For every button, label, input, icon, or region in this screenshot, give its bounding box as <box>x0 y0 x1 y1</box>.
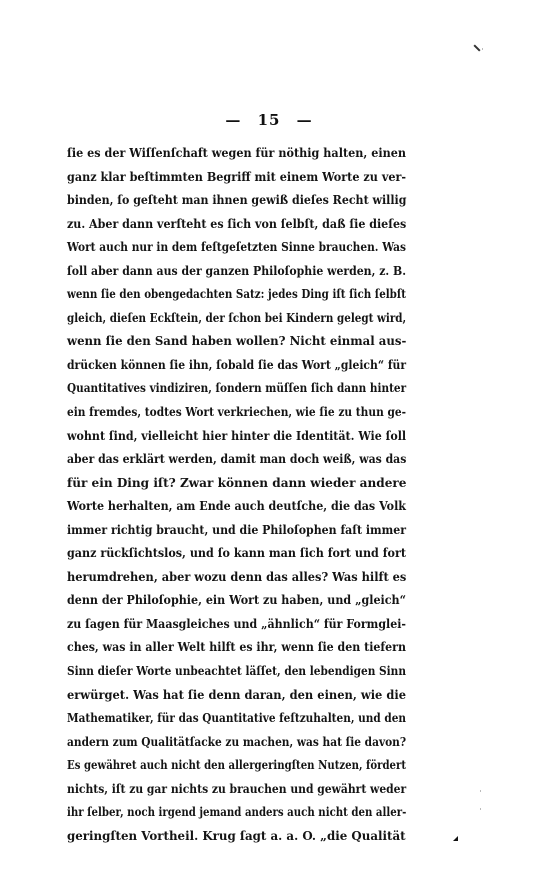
scan-mark <box>473 44 480 51</box>
text-line: ſoll aber dann aus der ganzen Philoſophi… <box>67 260 406 284</box>
text-line: erwürget. Was hat ſie denn daran, den ei… <box>67 684 406 708</box>
text-line: Worte herhalten, am Ende auch deutſche, … <box>67 495 406 519</box>
text-line: Wort auch nur in dem feſtgeſetzten Sinne… <box>67 236 406 260</box>
scan-speck <box>480 790 481 792</box>
scan-speck <box>482 48 483 50</box>
page-number: 15 <box>258 111 281 129</box>
text-line: wohnt ſind, vielleicht hier hinter die I… <box>67 425 406 449</box>
text-line: gleich, dieſen Eckſtein, der ſchon bei K… <box>67 307 406 331</box>
text-line: ches, was in aller Welt hilft es ihr, we… <box>67 636 406 660</box>
page-number-header: — 15 — <box>0 111 538 129</box>
text-line: binden, ſo geſteht man ihnen gewiß dieſe… <box>67 189 406 213</box>
text-line: wenn ſie den Sand haben wollen? Nicht ei… <box>67 330 406 354</box>
text-line: zu. Aber dann verſteht es ſich von ſelbſ… <box>67 213 406 237</box>
text-line: denn der Philoſophie, ein Wort zu haben,… <box>67 589 406 613</box>
text-line: Quantitatives vindiziren, ſondern müſſen… <box>67 377 406 401</box>
text-line: andern zum Qualitätſacke zu machen, was … <box>67 731 406 755</box>
text-line: ganz rückſichtslos, und ſo kann man ſich… <box>67 542 406 566</box>
text-line: Mathematiker, für das Quantitative feſtz… <box>67 707 406 731</box>
scan-speck <box>480 808 481 810</box>
text-line: drücken können ſie ihn, ſobald ſie das W… <box>67 354 406 378</box>
dash-left: — <box>225 111 241 129</box>
body-text: ſie es der Wiſſenſchaft wegen für nöthig… <box>67 142 406 848</box>
text-line: geringſten Vortheil. Krug ſagt a. a. O. … <box>67 825 406 849</box>
text-line: immer richtig braucht, und die Philoſoph… <box>67 519 406 543</box>
text-line: ganz klar beſtimmten Begriff mit einem W… <box>67 166 406 190</box>
scan-mark <box>453 836 458 841</box>
text-line: ſie es der Wiſſenſchaft wegen für nöthig… <box>67 142 406 166</box>
text-line: für ein Ding iſt? Zwar können dann wiede… <box>67 472 406 496</box>
text-line: ein fremdes, todtes Wort verkriechen, wi… <box>67 401 406 425</box>
text-line: herumdrehen, aber wozu denn das alles? W… <box>67 566 406 590</box>
book-page: — 15 — ſie es der Wiſſenſchaft wegen für… <box>0 0 538 892</box>
text-line: wenn ſie den obengedachten Satz: jedes D… <box>67 283 406 307</box>
text-line: nichts, iſt zu gar nichts zu brauchen un… <box>67 778 406 802</box>
text-line: ihr ſelber, noch irgend jemand anders au… <box>67 801 406 825</box>
text-line: zu ſagen für Maasgleiches und „ähnlich“ … <box>67 613 406 637</box>
text-line: Sinn dieſer Worte unbeachtet läſſet, den… <box>67 660 406 684</box>
text-line: Es gewähret auch nicht den allergeringſt… <box>67 754 406 778</box>
dash-right: — <box>297 111 313 129</box>
text-line: aber das erklärt werden, damit man doch … <box>67 448 406 472</box>
